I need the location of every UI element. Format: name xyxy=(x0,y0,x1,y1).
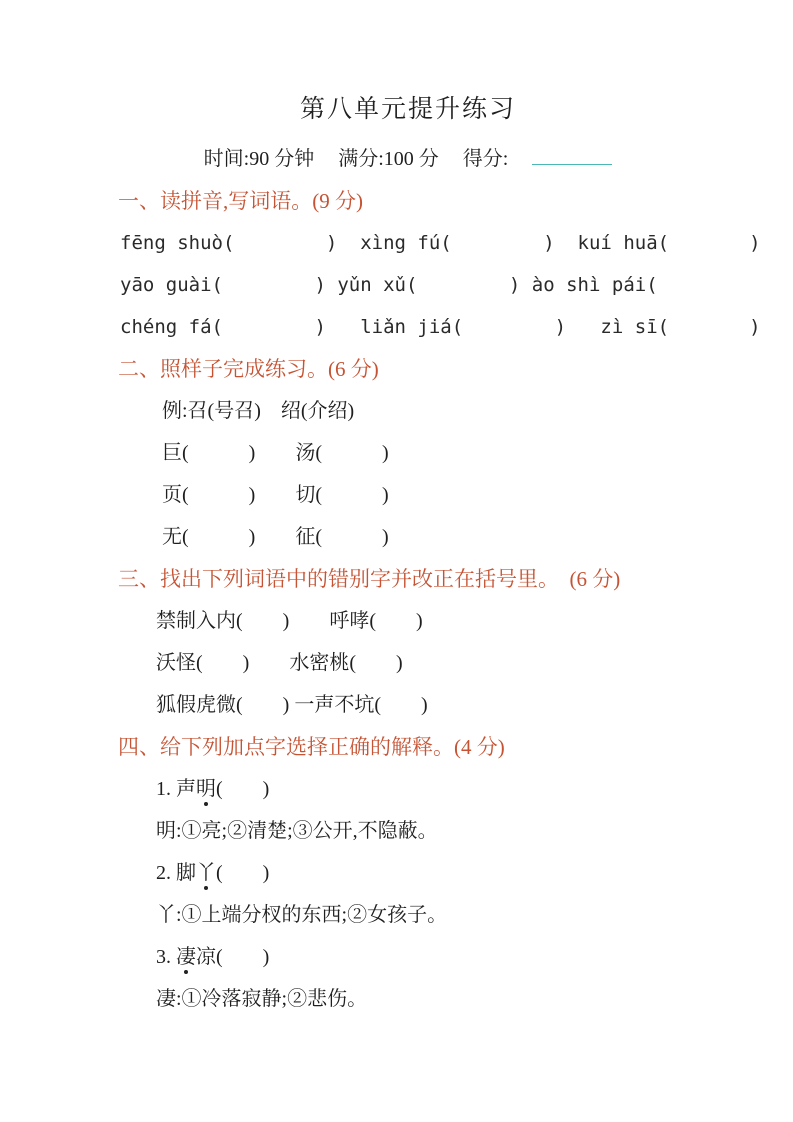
item-1-dotted-char: 明 xyxy=(196,778,216,800)
time-label: 时间:90 分钟 xyxy=(204,148,315,170)
score-blank-line xyxy=(532,147,612,165)
word-row-1: 巨( ) 汤( ) xyxy=(162,439,698,467)
item-3-post: 凉( ) xyxy=(196,946,269,968)
item-1-pre: 1. 声 xyxy=(156,778,196,800)
pinyin-row-2: yāo guài( ) yǔn xǔ( ) ào shì pái( ) xyxy=(120,271,698,299)
typo-row-3: 狐假虎微( ) 一声不坑( ) xyxy=(156,691,698,719)
section-2-heading: 二、照样子完成练习。(6 分) xyxy=(118,355,698,383)
item-3-pre: 3. xyxy=(156,946,176,968)
typo-row-1: 禁制入内( ) 呼哮( ) xyxy=(156,607,698,635)
definition-choices-3: 凄:①冷落寂静;②悲伤。 xyxy=(156,985,698,1013)
definition-item-3: 3. 凄凉( ) xyxy=(156,943,698,971)
section-1-heading: 一、读拼音,写词语。(9 分) xyxy=(118,187,698,215)
definition-item-2: 2. 脚丫( ) xyxy=(156,859,698,887)
definition-item-1: 1. 声明( ) xyxy=(156,775,698,803)
full-score-label: 满分:100 分 xyxy=(338,148,439,170)
section-definitions: 四、给下列加点字选择正确的解释。(4 分) 1. 声明( ) 明:①亮;②清楚;… xyxy=(118,733,698,1013)
example-row: 例:召(号召) 绍(介绍) xyxy=(162,397,698,425)
item-2-pre: 2. 脚 xyxy=(156,862,196,884)
section-typo-correction: 三、找出下列词语中的错别字并改正在括号里。 (6 分) 禁制入内( ) 呼哮( … xyxy=(118,565,698,719)
pinyin-row-1: fēng shuò( ) xìng fú( ) kuí huā( ) xyxy=(120,229,698,257)
pinyin-row-3: chéng fá( ) liǎn jiá( ) zì sī( ) xyxy=(120,313,698,341)
item-2-post: ( ) xyxy=(216,862,269,884)
score-label: 得分: xyxy=(463,148,509,170)
item-3-dotted-char: 凄 xyxy=(176,946,196,968)
section-word-formation: 二、照样子完成练习。(6 分) 例:召(号召) 绍(介绍) 巨( ) 汤( ) … xyxy=(118,355,698,551)
section-3-heading: 三、找出下列词语中的错别字并改正在括号里。 (6 分) xyxy=(118,565,698,593)
definition-choices-2: 丫:①上端分杈的东西;②女孩子。 xyxy=(156,901,698,929)
page-title: 第八单元提升练习 xyxy=(118,93,698,127)
item-1-post: ( ) xyxy=(216,778,269,800)
word-row-2: 页( ) 切( ) xyxy=(162,481,698,509)
worksheet-page: 第八单元提升练习 时间:90 分钟满分:100 分得分: 一、读拼音,写词语。(… xyxy=(0,0,793,1122)
section-4-heading: 四、给下列加点字选择正确的解释。(4 分) xyxy=(118,733,698,761)
item-2-dotted-char: 丫 xyxy=(196,862,216,884)
section-pinyin: 一、读拼音,写词语。(9 分) fēng shuò( ) xìng fú( ) … xyxy=(118,187,698,341)
exam-info-line: 时间:90 分钟满分:100 分得分: xyxy=(118,145,698,173)
definition-choices-1: 明:①亮;②清楚;③公开,不隐蔽。 xyxy=(156,817,698,845)
word-row-3: 无( ) 征( ) xyxy=(162,523,698,551)
typo-row-2: 沃怪( ) 水密桃( ) xyxy=(156,649,698,677)
